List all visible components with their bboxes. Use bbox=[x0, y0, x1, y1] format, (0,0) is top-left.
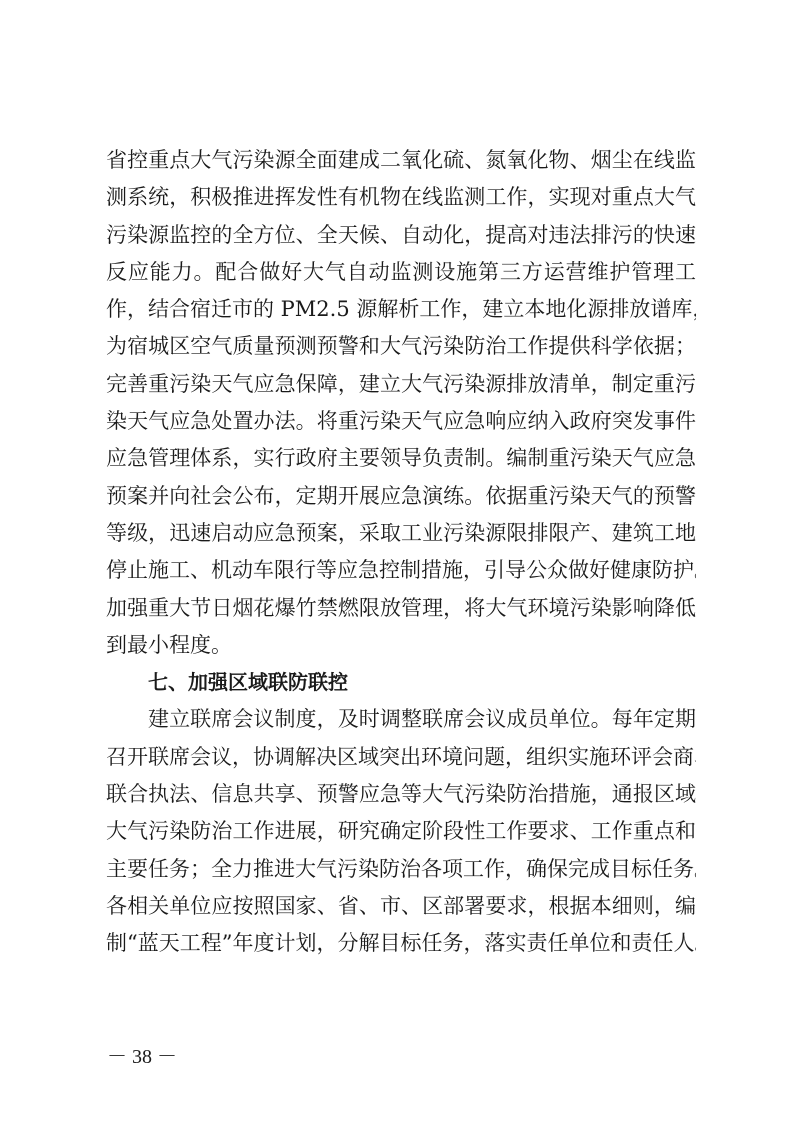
text-line: 各相关单位应按照国家、省、市、区部署要求，根据本细则，编 bbox=[106, 888, 696, 925]
text-line: 大气污染防治工作进展，研究确定阶段性工作要求、工作重点和 bbox=[106, 813, 696, 850]
text-line: 制“蓝天工程”年度计划，分解目标任务，落实责任单位和责任人。 bbox=[106, 925, 696, 962]
text-line: 染天气应急处置办法。将重污染天气应急响应纳入政府突发事件 bbox=[106, 403, 696, 440]
document-page: 省控重点大气污染源全面建成二氧化硫、氮氧化物、烟尘在线监 测系统，积极推进挥发性… bbox=[106, 142, 696, 963]
text-line: 到最小程度。 bbox=[106, 627, 696, 664]
text-line: 联合执法、信息共享、预警应急等大气污染防治措施，通报区域 bbox=[106, 776, 696, 813]
text-line: 预案并向社会公布，定期开展应急演练。依据重污染天气的预警 bbox=[106, 478, 696, 515]
text-line: 作，结合宿迁市的 PM2.5 源解析工作，建立本地化源排放谱库， bbox=[106, 291, 696, 328]
text-line: 测系统，积极推进挥发性有机物在线监测工作，实现对重点大气 bbox=[106, 179, 696, 216]
text-line: 完善重污染天气应急保障，建立大气污染源排放清单，制定重污 bbox=[106, 366, 696, 403]
text-line: 反应能力。配合做好大气自动监测设施第三方运营维护管理工 bbox=[106, 254, 696, 291]
paragraph-regional-joint-control: 建立联席会议制度，及时调整联席会议成员单位。每年定期 召开联席会议，协调解决区域… bbox=[106, 701, 696, 962]
text-line: 停止施工、机动车限行等应急控制措施，引导公众做好健康防护。 bbox=[106, 552, 696, 589]
text-line: 等级，迅速启动应急预案，采取工业污染源限排限产、建筑工地 bbox=[106, 515, 696, 552]
text-line: 主要任务；全力推进大气污染防治各项工作，确保完成目标任务。 bbox=[106, 851, 696, 888]
text-line: 召开联席会议，协调解决区域突出环境问题，组织实施环评会商、 bbox=[106, 739, 696, 776]
text-line: 为宿城区空气质量预测预警和大气污染防治工作提供科学依据； bbox=[106, 328, 696, 365]
paragraph-emergency-response: 省控重点大气污染源全面建成二氧化硫、氮氧化物、烟尘在线监 测系统，积极推进挥发性… bbox=[106, 142, 696, 664]
text-line: 应急管理体系，实行政府主要领导负责制。编制重污染天气应急 bbox=[106, 440, 696, 477]
text-line: 省控重点大气污染源全面建成二氧化硫、氮氧化物、烟尘在线监 bbox=[106, 142, 696, 179]
text-line: 加强重大节日烟花爆竹禁燃限放管理，将大气环境污染影响降低 bbox=[106, 590, 696, 627]
text-line: 建立联席会议制度，及时调整联席会议成员单位。每年定期 bbox=[106, 701, 696, 738]
page-number: － 38 － bbox=[107, 1040, 177, 1069]
text-line: 污染源监控的全方位、全天候、自动化，提高对违法排污的快速 bbox=[106, 217, 696, 254]
section-heading: 七、加强区域联防联控 bbox=[106, 664, 696, 701]
